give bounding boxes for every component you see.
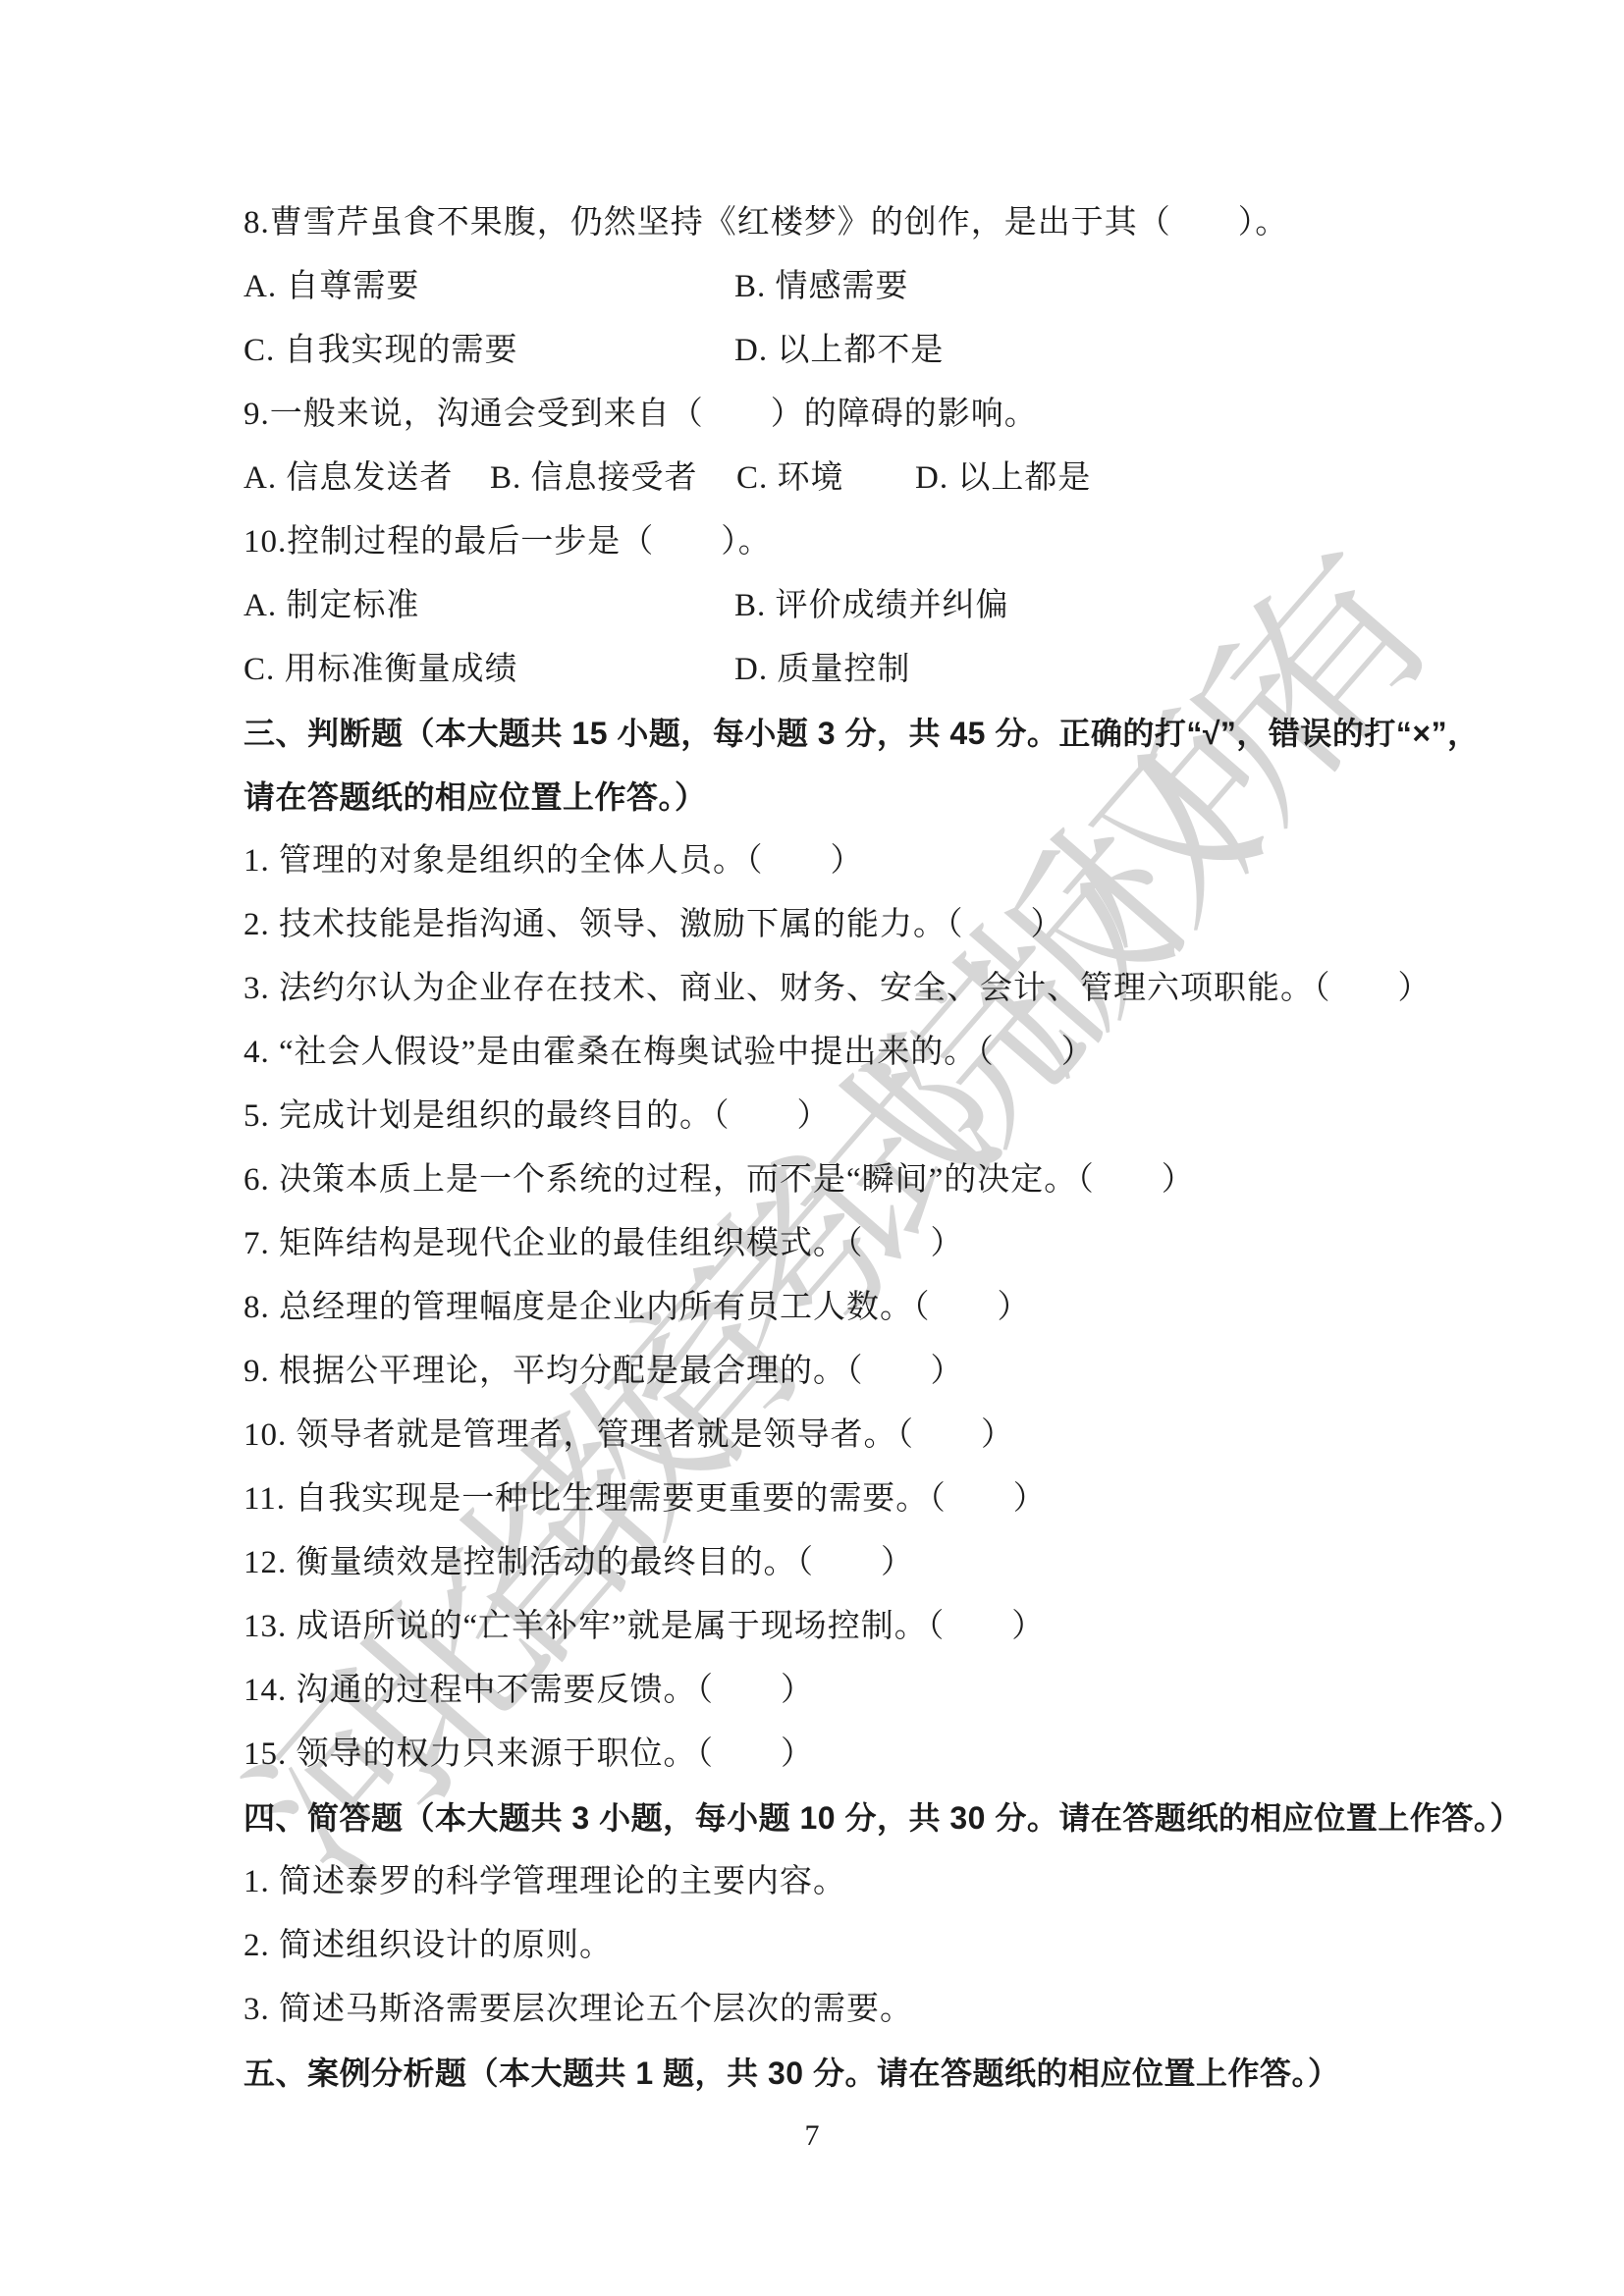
judgement-item-2: 2. 技术技能是指沟通、领导、激励下属的能力。（ ）: [244, 893, 1432, 957]
question-10: 10.控制过程的最后一步是（ ）。: [244, 510, 1432, 574]
question-8-option-c: C. 自我实现的需要: [244, 319, 518, 383]
question-10-option-b: B. 评价成绩并纠偏: [734, 574, 1009, 638]
exam-page: 河北省教育考试院版权所有 8.曹雪芹虽食不果腹，仍然坚持《红楼梦》的创作，是出于…: [0, 0, 1624, 2296]
question-10-option-d: D. 质量控制: [734, 638, 910, 702]
judgement-item-10: 10. 领导者就是管理者，管理者就是领导者。（ ）: [244, 1404, 1432, 1468]
judgement-item-13: 13. 成语所说的“亡羊补牢”就是属于现场控制。（ ）: [244, 1595, 1432, 1659]
exam-content: 8.曹雪芹虽食不果腹，仍然坚持《红楼梦》的创作，是出于其（ ）。 A. 自尊需要…: [244, 191, 1432, 2106]
judgement-item-3: 3. 法约尔认为企业存在技术、商业、财务、安全、会计、管理六项职能。（ ）: [244, 957, 1432, 1021]
question-9: 9.一般来说，沟通会受到来自（ ）的障碍的影响。: [244, 383, 1432, 447]
question-10-option-a: A. 制定标准: [244, 574, 419, 638]
question-8-options-row-2: C. 自我实现的需要 D. 以上都不是: [244, 319, 1432, 383]
question-10-options-row-2: C. 用标准衡量成绩 D. 质量控制: [244, 638, 1432, 702]
judgement-item-15: 15. 领导的权力只来源于职位。（ ）: [244, 1723, 1432, 1787]
judgement-item-1: 1. 管理的对象是组织的全体人员。（ ）: [244, 829, 1432, 893]
judgement-item-8: 8. 总经理的管理幅度是企业内所有员工人数。（ ）: [244, 1276, 1432, 1340]
question-9-option-c: C. 环境: [736, 447, 844, 510]
question-9-option-b: B. 信息接受者: [490, 447, 698, 510]
section-short-answer-header: 四、简答题（本大题共 3 小题，每小题 10 分，共 30 分。请在答题纸的相应…: [244, 1787, 1432, 1850]
section-case-analysis-header: 五、案例分析题（本大题共 1 题，共 30 分。请在答题纸的相应位置上作答。）: [244, 2042, 1432, 2106]
section-judgement-header-line-1: 三、判断题（本大题共 15 小题，每小题 3 分，共 45 分。正确的打“√”，…: [244, 702, 1432, 766]
question-8-options-row-1: A. 自尊需要 B. 情感需要: [244, 255, 1432, 319]
question-8-option-a: A. 自尊需要: [244, 255, 419, 319]
judgement-item-4: 4. “社会人假设”是由霍桑在梅奥试验中提出来的。（ ）: [244, 1021, 1432, 1085]
short-answer-item-3: 3. 简述马斯洛需要层次理论五个层次的需要。: [244, 1978, 1432, 2042]
judgement-item-7: 7. 矩阵结构是现代企业的最佳组织模式。（ ）: [244, 1212, 1432, 1276]
question-8-option-b: B. 情感需要: [734, 255, 909, 319]
question-9-option-a: A. 信息发送者: [244, 447, 453, 510]
judgement-item-5: 5. 完成计划是组织的最终目的。（ ）: [244, 1085, 1432, 1148]
judgement-item-6: 6. 决策本质上是一个系统的过程，而不是“瞬间”的决定。（ ）: [244, 1148, 1432, 1212]
question-8: 8.曹雪芹虽食不果腹，仍然坚持《红楼梦》的创作，是出于其（ ）。: [244, 191, 1432, 255]
short-answer-item-2: 2. 简述组织设计的原则。: [244, 1914, 1432, 1978]
judgement-item-11: 11. 自我实现是一种比生理需要更重要的需要。（ ）: [244, 1468, 1432, 1531]
question-9-option-d: D. 以上都是: [915, 447, 1091, 510]
question-9-options-row: A. 信息发送者 B. 信息接受者 C. 环境 D. 以上都是: [244, 447, 1432, 510]
question-8-option-d: D. 以上都不是: [734, 319, 944, 383]
judgement-item-9: 9. 根据公平理论，平均分配是最合理的。（ ）: [244, 1340, 1432, 1404]
page-number: 7: [0, 2118, 1624, 2154]
question-10-options-row-1: A. 制定标准 B. 评价成绩并纠偏: [244, 574, 1432, 638]
question-10-option-c: C. 用标准衡量成绩: [244, 638, 518, 702]
short-answer-item-1: 1. 简述泰罗的科学管理理论的主要内容。: [244, 1850, 1432, 1914]
section-judgement-header-line-2: 请在答题纸的相应位置上作答。）: [244, 766, 1432, 829]
judgement-item-12: 12. 衡量绩效是控制活动的最终目的。（ ）: [244, 1531, 1432, 1595]
judgement-item-14: 14. 沟通的过程中不需要反馈。（ ）: [244, 1659, 1432, 1723]
